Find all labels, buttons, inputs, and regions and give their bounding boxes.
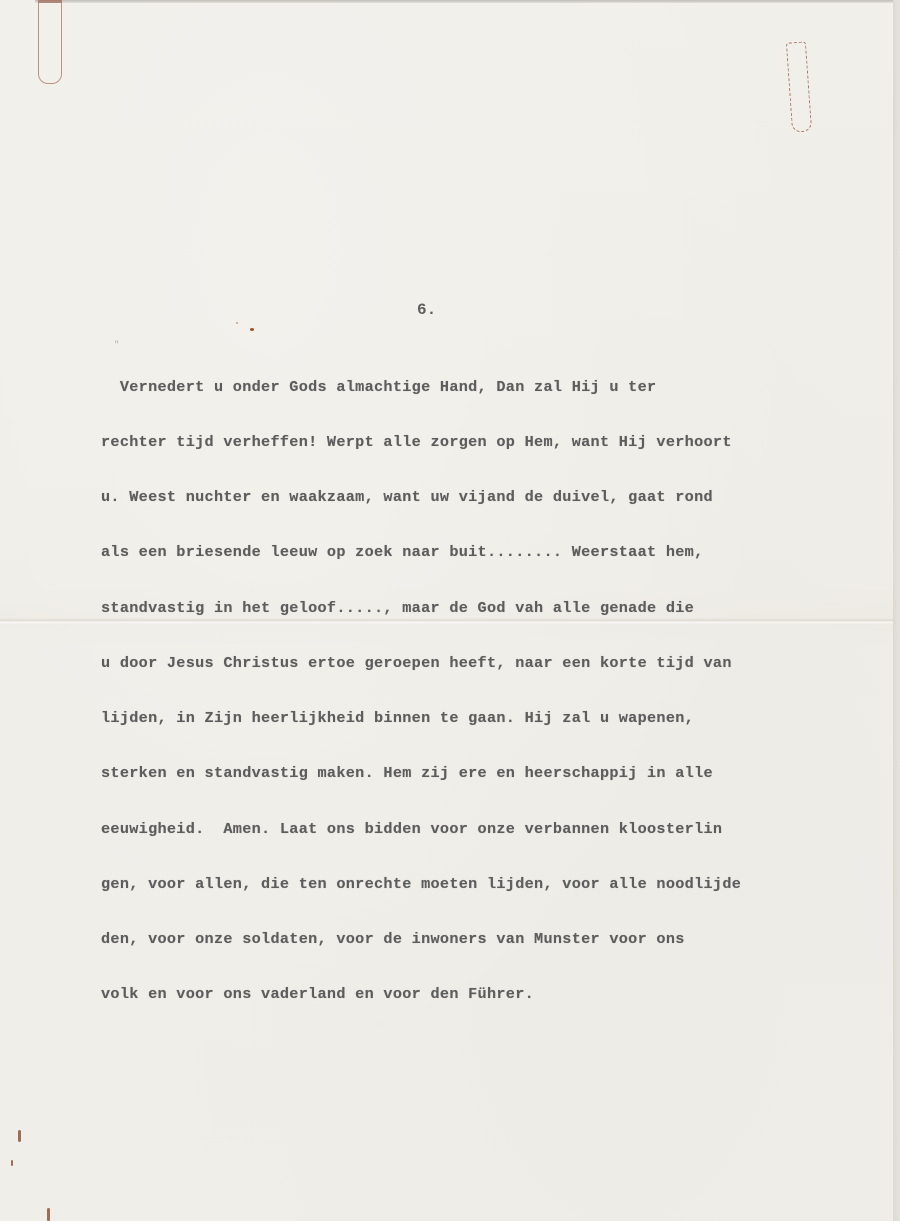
text-line: gen, voor allen, die ten onrechte moeten…	[101, 875, 741, 893]
text-line: volk en voor ons vaderland en voor den F…	[101, 985, 741, 1003]
rust-mark	[47, 1208, 50, 1221]
text-line: standvastig in het geloof....., maar de …	[101, 599, 741, 617]
paper-top-edge	[35, 0, 893, 3]
typed-paragraph: Vernedert u onder Gods almachtige Hand, …	[101, 341, 741, 1022]
staple-mark-left-icon	[38, 0, 62, 84]
rust-spot	[250, 328, 254, 331]
text-line: u door Jesus Christus ertoe geroepen hee…	[101, 654, 741, 672]
rust-mark	[18, 1130, 21, 1142]
text-line: den, voor onze soldaten, voor de inwoner…	[101, 930, 741, 948]
text-line: Vernedert u onder Gods almachtige Hand, …	[101, 378, 741, 396]
text-line: u. Weest nuchter en waakzaam, want uw vi…	[101, 488, 741, 506]
text-line: als een briesende leeuw op zoek naar bui…	[101, 543, 741, 561]
rust-mark	[11, 1160, 13, 1166]
text-line: lijden, in Zijn heerlijkheid binnen te g…	[101, 709, 741, 727]
text-line: eeuwigheid. Amen. Laat ons bidden voor o…	[101, 820, 741, 838]
text-line: sterken en standvastig maken. Hem zij er…	[101, 764, 741, 782]
page-number: 6.	[417, 301, 436, 319]
paper-edge	[893, 0, 900, 1221]
rust-spot	[236, 322, 238, 324]
text-line: rechter tijd verheffen! Werpt alle zorge…	[101, 433, 741, 451]
